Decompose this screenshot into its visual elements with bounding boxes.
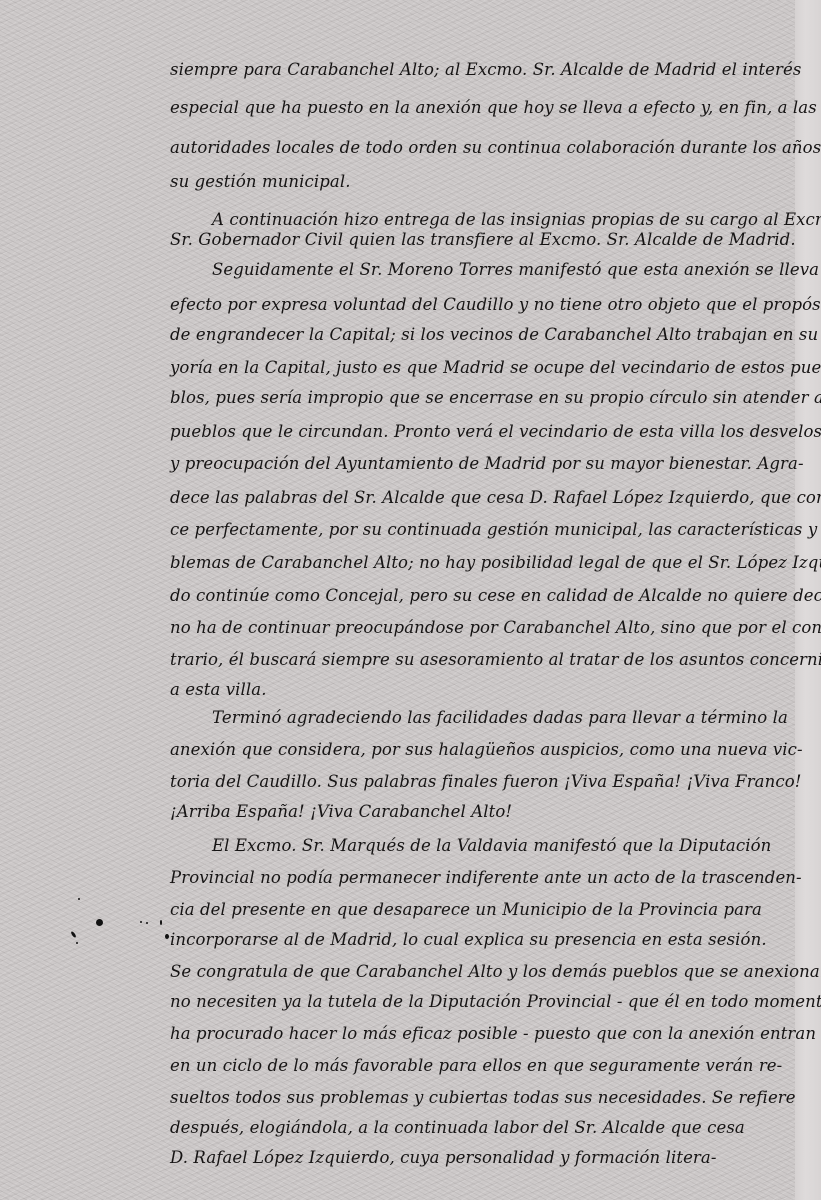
text-line: autoridades locales de todo orden su con… — [170, 138, 821, 158]
text-line: sueltos todos sus problemas y cubiertas … — [170, 1088, 796, 1108]
ink-speck — [70, 931, 76, 938]
ink-speck — [165, 934, 169, 939]
text-line: no necesiten ya la tutela de la Diputaci… — [170, 992, 821, 1012]
text-line: blemas de Carabanchel Alto; no hay posib… — [170, 553, 821, 573]
text-line: efecto por expresa voluntad del Caudillo… — [170, 295, 821, 315]
paragraph-start-line: A continuación hizo entrega de las insig… — [212, 210, 821, 230]
ink-speck — [160, 920, 162, 925]
text-line: do continúe como Concejal, pero su cese … — [170, 586, 821, 606]
text-line: de engrandecer la Capital; si los vecino… — [170, 325, 821, 345]
text-line: incorporarse al de Madrid, lo cual expli… — [170, 930, 767, 950]
paragraph-start-line: Seguidamente el Sr. Moreno Torres manife… — [212, 260, 821, 280]
text-line: Provincial no podía permanecer indiferen… — [170, 868, 802, 888]
text-line: especial que ha puesto en la anexión que… — [170, 98, 817, 118]
text-line: trario, él buscará siempre su asesoramie… — [170, 650, 821, 670]
text-line: cia del presente en que desaparece un Mu… — [170, 900, 762, 920]
ink-speck — [146, 922, 148, 924]
text-line: siempre para Carabanchel Alto; al Excmo.… — [170, 60, 801, 80]
text-line: ¡Arriba España! ¡Viva Carabanchel Alto! — [170, 802, 512, 822]
text-line: dece las palabras del Sr. Alcalde que ce… — [170, 488, 821, 508]
scanned-document-page: siempre para Carabanchel Alto; al Excmo.… — [0, 0, 821, 1200]
text-line: D. Rafael López Izquierdo, cuya personal… — [170, 1148, 717, 1168]
text-line: ce perfectamente, por su continuada gest… — [170, 520, 821, 540]
text-line: pueblos que le circundan. Pronto verá el… — [170, 422, 821, 442]
paragraph-start-line: El Excmo. Sr. Marqués de la Valdavia man… — [212, 836, 771, 856]
ink-speck — [76, 942, 78, 944]
text-line: después, elogiándola, a la continuada la… — [170, 1118, 745, 1138]
ink-speck — [78, 898, 80, 900]
text-line: toria del Caudillo. Sus palabras finales… — [170, 772, 801, 792]
text-line: y preocupación del Ayuntamiento de Madri… — [170, 454, 804, 474]
text-line: no ha de continuar preocupándose por Car… — [170, 618, 821, 638]
text-line: blos, pues sería impropio que se encerra… — [170, 388, 821, 408]
text-line: Sr. Gobernador Civil quien las transfier… — [170, 230, 796, 250]
text-line: en un ciclo de lo más favorable para ell… — [170, 1056, 782, 1076]
text-line: a esta villa. — [170, 680, 267, 700]
ink-blot — [96, 919, 103, 926]
paragraph-start-line: Terminó agradeciendo las facilidades dad… — [212, 708, 788, 728]
text-line: Se congratula de que Carabanchel Alto y … — [170, 962, 821, 982]
text-line: su gestión municipal. — [170, 172, 351, 192]
ink-speck — [140, 921, 142, 923]
text-line: yoría en la Capital, justo es que Madrid… — [170, 358, 821, 378]
text-line: anexión que considera, por sus halagüeño… — [170, 740, 803, 760]
text-line: ha procurado hacer lo más eficaz posible… — [170, 1024, 816, 1044]
